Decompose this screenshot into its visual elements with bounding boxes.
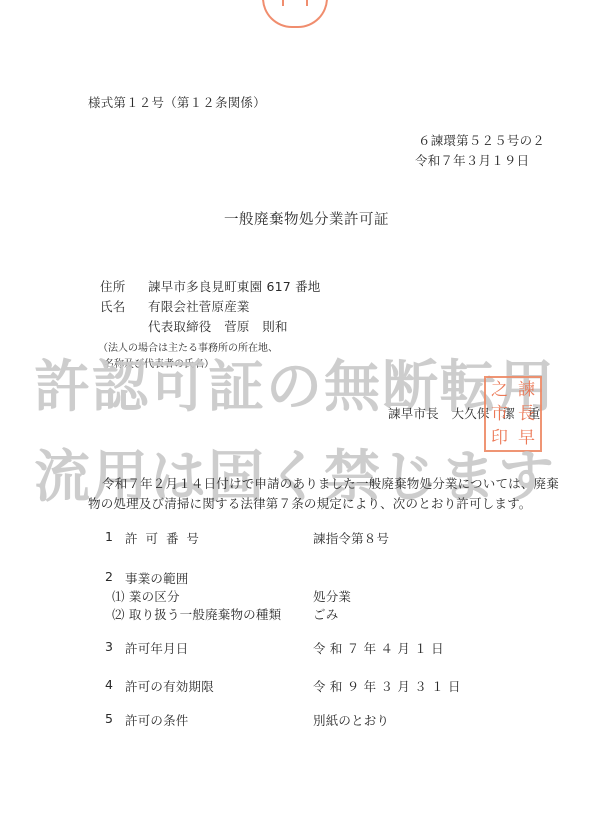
- issue-date: 令和７年３月１９日: [415, 151, 529, 169]
- seal-char: 早: [518, 430, 535, 447]
- applicant-note-line1: （法人の場合は主たる事務所の所在地、: [98, 339, 278, 354]
- address-label: 住所: [100, 277, 125, 295]
- representative-name: 代表取締役 菅原 則和: [148, 317, 288, 335]
- item-number: 4: [105, 677, 113, 692]
- document-number: ６諫環第５２５号の２: [418, 131, 545, 149]
- item-number: 2: [105, 569, 113, 584]
- item-value: 令 和 ７ 年 ４ 月 １ 日: [313, 639, 444, 657]
- item-label: ⑵ 取り扱う一般廃棄物の種類: [112, 605, 281, 623]
- item-value: 別紙のとおり: [313, 711, 389, 729]
- form-reference: 様式第１２号（第１２条関係）: [88, 93, 266, 111]
- top-seal-fragment: [262, 0, 328, 28]
- seal-char: 之: [491, 382, 508, 399]
- body-text-line2: 物の処理及び清掃に関する法律第７条の規定により、次のとおり許可します。: [88, 494, 532, 512]
- company-name: 有限会社菅原産業: [148, 297, 250, 315]
- address-value: 諫早市多良見町東園 617 番地: [148, 277, 321, 295]
- item-label: 許 可 番 号: [125, 529, 201, 547]
- item-value: 諫指令第８号: [313, 529, 389, 547]
- document-title: 一般廃棄物処分業許可証: [224, 208, 389, 229]
- seal-char: 諫: [518, 382, 535, 399]
- item-label: 事業の範囲: [125, 569, 189, 587]
- item-number: 3: [105, 639, 113, 654]
- item-label: 許可の有効期限: [125, 677, 214, 695]
- seal-char: 印: [491, 430, 508, 447]
- item-number: 1: [105, 529, 113, 544]
- body-text-line1: 令和７年２月１４日付けで申請のありました一般廃棄物処分業については、廃棄: [102, 474, 559, 492]
- item-label: 許可年月日: [125, 639, 189, 657]
- item-value: ごみ: [313, 605, 338, 623]
- seal-char: 長: [518, 406, 535, 423]
- item-value: 処分業: [313, 587, 351, 605]
- seal-char: 市: [491, 406, 508, 423]
- item-label: ⑴ 業の区分: [112, 587, 180, 605]
- item-value: 令 和 ９ 年 ３ 月 ３ １ 日: [313, 677, 461, 695]
- item-label: 許可の条件: [125, 711, 189, 729]
- name-label: 氏名: [100, 297, 125, 315]
- item-number: 5: [105, 711, 113, 726]
- official-seal: 諫 長 早 之 市 印: [484, 376, 542, 452]
